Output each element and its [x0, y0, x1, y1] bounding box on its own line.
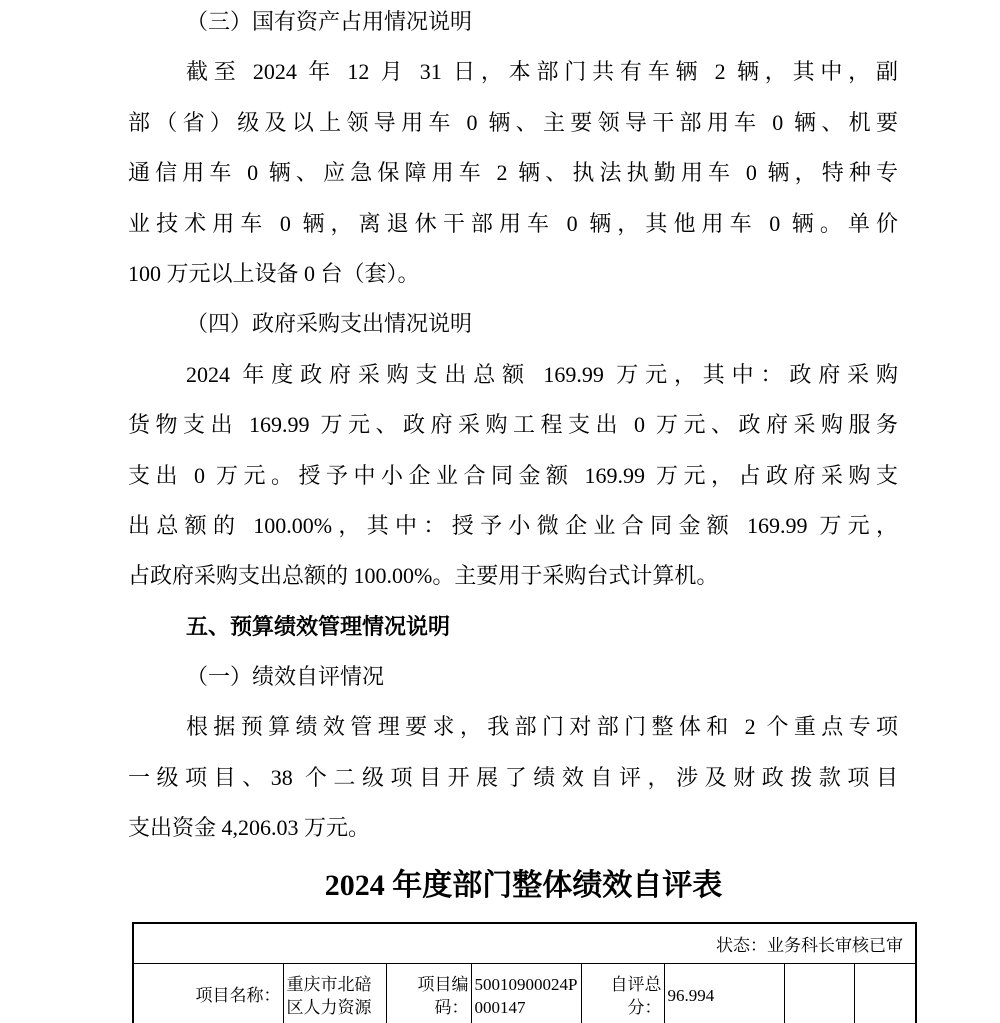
project-code-label: 项目编码： [386, 963, 471, 1023]
paragraph-line: 货物支出 169.99 万元、政府采购工程支出 0 万元、政府采购服务 [128, 400, 898, 450]
subheading-self-evaluation: （一）绩效自评情况 [128, 652, 898, 702]
document-body: （三）国有资产占用情况说明 截至 2024 年 12 月 31 日，本部门共有车… [128, 0, 898, 854]
paragraph-line: 通信用车 0 辆、应急保障用车 2 辆、执法执勤用车 0 辆，特种专 [128, 148, 898, 198]
status-row: 状态：业务科长审核已审 [133, 923, 916, 964]
project-code-value: 50010900024P000147 [471, 963, 581, 1023]
paragraph-line: 支出 0 万元。授予中小企业合同金额 169.99 万元，占政府采购支 [128, 451, 898, 501]
self-score-label: 自评总分： [581, 963, 664, 1023]
project-name-value: 重庆市北碚区人力资源 [283, 963, 386, 1023]
paragraph-line: 截至 2024 年 12 月 31 日，本部门共有车辆 2 辆，其中，副 [128, 47, 898, 97]
self-evaluation-table: 状态：业务科长审核已审 项目名称： 重庆市北碚区人力资源 项目编码： 50010… [132, 922, 917, 1023]
empty-cell [784, 963, 854, 1023]
project-name-label: 项目名称： [133, 963, 283, 1023]
paragraph-line: 100 万元以上设备 0 台（套）。 [128, 249, 898, 299]
paragraph-line: 部（省）级及以上领导用车 0 辆、主要领导干部用车 0 辆、机要 [128, 98, 898, 148]
paragraph-line: 2024 年度政府采购支出总额 169.99 万元，其中：政府采购 [128, 350, 898, 400]
subheading-gov-procurement: （四）政府采购支出情况说明 [128, 299, 898, 349]
paragraph-line: 出总额的 100.00%，其中：授予小微企业合同金额 169.99 万元， [128, 501, 898, 551]
paragraph-line: 根据预算绩效管理要求，我部门对部门整体和 2 个重点专项 [128, 702, 898, 752]
paragraph-line: 占政府采购支出总额的 100.00%。主要用于采购台式计算机。 [128, 551, 898, 601]
paragraph-line: 支出资金 4,206.03 万元。 [128, 803, 898, 853]
self-score-value: 96.994 [664, 963, 784, 1023]
section-heading-budget-performance: 五、预算绩效管理情况说明 [128, 602, 898, 652]
table-title: 2024 年度部门整体绩效自评表 [132, 854, 915, 918]
empty-cell [854, 963, 916, 1023]
project-info-row: 项目名称： 重庆市北碚区人力资源 项目编码： 50010900024P00014… [133, 963, 916, 1023]
paragraph-line: 一级项目、38 个二级项目开展了绩效自评，涉及财政拨款项目 [128, 753, 898, 803]
subheading-state-assets: （三）国有资产占用情况说明 [128, 0, 898, 47]
status-text: 状态：业务科长审核已审 [133, 923, 916, 964]
paragraph-line: 业技术用车 0 辆，离退休干部用车 0 辆，其他用车 0 辆。单价 [128, 199, 898, 249]
document-page: （三）国有资产占用情况说明 截至 2024 年 12 月 31 日，本部门共有车… [0, 0, 1000, 1023]
